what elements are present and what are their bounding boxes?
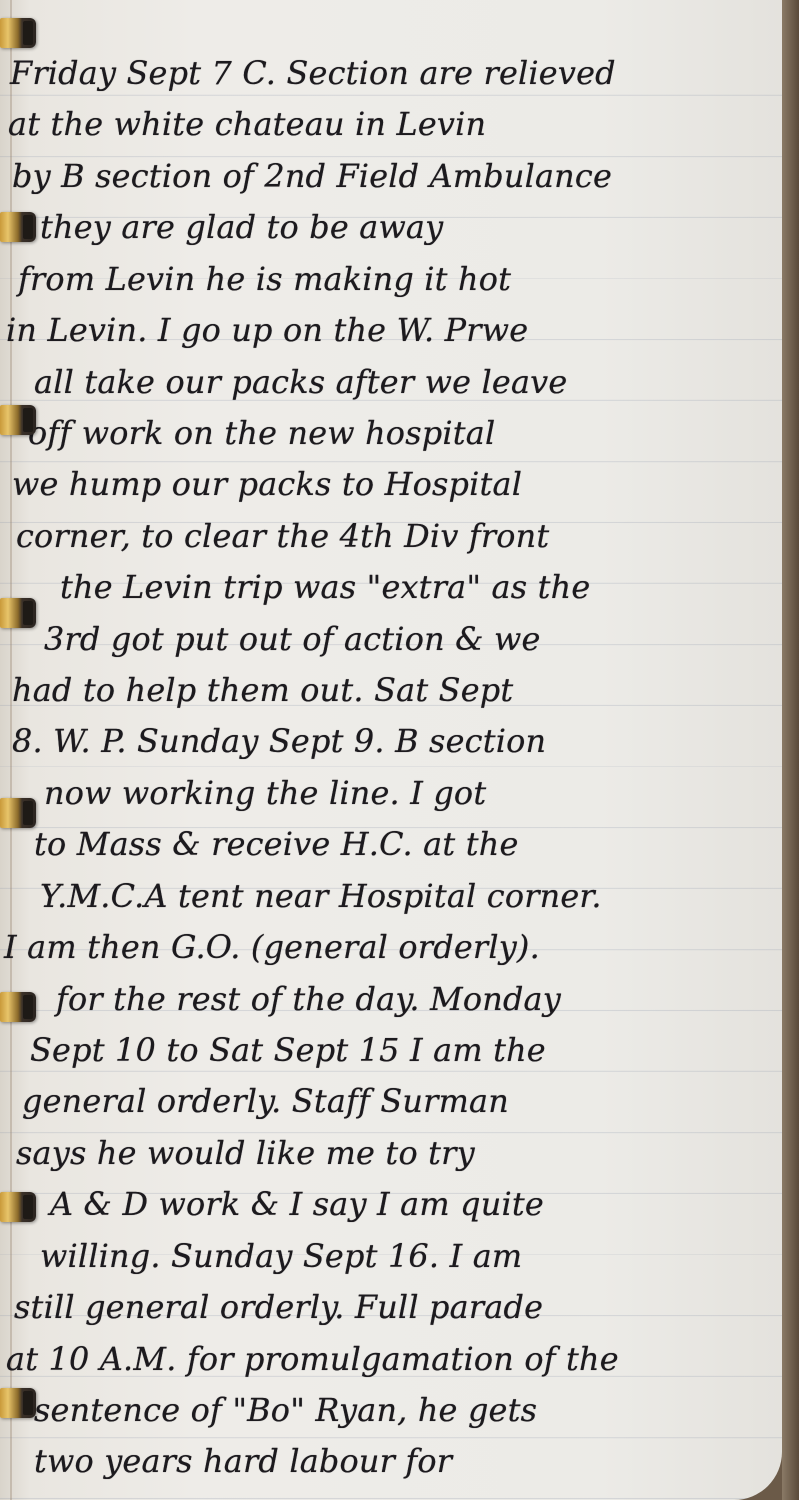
handwritten-line: two years hard labour for xyxy=(0,1436,770,1487)
handwritten-line: willing. Sunday Sept 16. I am xyxy=(0,1231,770,1282)
handwritten-text: Friday Sept 7 C. Section are relievedat … xyxy=(0,48,770,1488)
handwritten-line: from Levin he is making it hot xyxy=(0,254,770,305)
notebook-cover-edge xyxy=(782,0,799,1500)
handwritten-line: they are glad to be away xyxy=(0,202,770,253)
handwritten-line: all take our packs after we leave xyxy=(0,357,770,408)
notebook-page: Friday Sept 7 C. Section are relievedat … xyxy=(0,0,782,1500)
handwritten-line: I am then G.O. (general orderly). xyxy=(0,922,770,973)
handwritten-line: 8. W. P. Sunday Sept 9. B section xyxy=(0,716,770,767)
handwritten-line: Y.M.C.A tent near Hospital corner. xyxy=(0,871,770,922)
handwritten-line: A & D work & I say I am quite xyxy=(0,1179,770,1230)
handwritten-line: Sept 10 to Sat Sept 15 I am the xyxy=(0,1025,770,1076)
handwritten-line: by B section of 2nd Field Ambulance xyxy=(0,151,770,202)
handwritten-line: corner, to clear the 4th Div front xyxy=(0,511,770,562)
handwritten-line: general orderly. Staff Surman xyxy=(0,1076,770,1127)
handwritten-line: at 10 A.M. for promulgamation of the xyxy=(0,1334,770,1385)
spiral-ring-icon xyxy=(0,18,36,48)
spiral-ring-icon xyxy=(0,598,36,628)
handwritten-line: the Levin trip was "extra" as the xyxy=(0,562,770,613)
spiral-ring-icon xyxy=(0,212,36,242)
spiral-ring-icon xyxy=(0,1388,36,1418)
handwritten-line: off work on the new hospital xyxy=(0,408,770,459)
handwritten-line: we hump our packs to Hospital xyxy=(0,459,770,510)
handwritten-line: now working the line. I got xyxy=(0,768,770,819)
handwritten-line: says he would like me to try xyxy=(0,1128,770,1179)
handwritten-line: to Mass & receive H.C. at the xyxy=(0,819,770,870)
spiral-ring-icon xyxy=(0,405,36,435)
handwritten-line: sentence of "Bo" Ryan, he gets xyxy=(0,1385,770,1436)
handwritten-line: Friday Sept 7 C. Section are relieved xyxy=(0,48,770,99)
spiral-ring-icon xyxy=(0,1192,36,1222)
handwritten-line: still general orderly. Full parade xyxy=(0,1282,770,1333)
spiral-ring-icon xyxy=(0,992,36,1022)
handwritten-line: for the rest of the day. Monday xyxy=(0,974,770,1025)
spiral-ring-icon xyxy=(0,798,36,828)
handwritten-line: 3rd got put out of action & we xyxy=(0,614,770,665)
handwritten-line: in Levin. I go up on the W. Prwe xyxy=(0,305,770,356)
handwritten-line: had to help them out. Sat Sept xyxy=(0,665,770,716)
handwritten-line: at the white chateau in Levin xyxy=(0,99,770,150)
